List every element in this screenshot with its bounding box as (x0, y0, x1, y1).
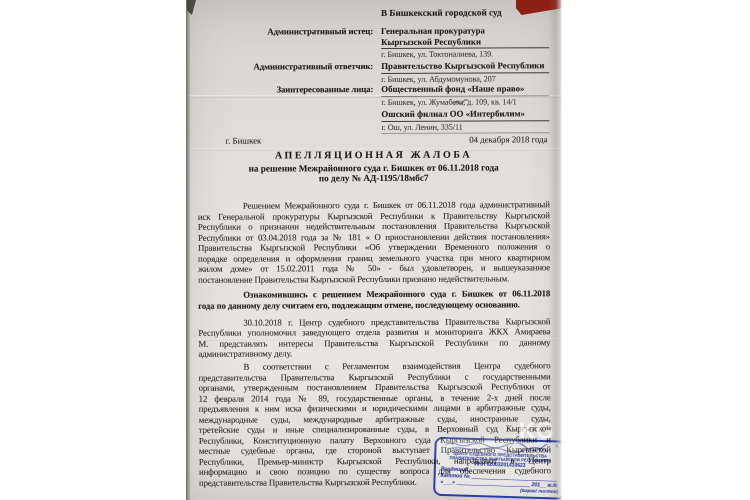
paper-crease (186, 338, 562, 341)
paragraph-line: административному делу. (198, 347, 550, 359)
party-name-line: Ошский филиал ОО «Интербилим» (381, 108, 549, 119)
paragraph-line: постановление Правительства Кыргызской Р… (198, 273, 550, 285)
paper-left-edge (186, 0, 191, 500)
party-name-line: Правительство Кыргызской Республики (381, 60, 549, 71)
document-content: В Бишкекский городской суд г. Бишкек 04 … (186, 0, 562, 500)
party-name-line: Генеральная прокуратура (381, 25, 549, 36)
party-address: г. Бишкек, ул. Токтоналиева, 139. (381, 49, 549, 60)
handwritten-correction (453, 98, 469, 108)
party-name: Генеральная прокуратураКыргызской Респуб… (381, 25, 549, 49)
party-name-line: Общественный фонд «Наше право» (381, 83, 549, 94)
court-name: В Бишкекский городской суд (381, 7, 502, 18)
place-line: г. Бишкек (225, 135, 261, 145)
party-address: г. Ош, ул. Ленин, 335/11 (381, 122, 549, 135)
date-line: 04 декабря 2018 года (469, 134, 547, 144)
paragraph: Решением Межрайонного суда г. Бишкек от … (198, 199, 550, 285)
appeal-title: АПЕЛЛЯЦИОННАЯ ЖАЛОБА (198, 149, 550, 162)
party-label: Заинтересованные лица: (186, 84, 373, 95)
party-name-line: Кыргызской Республики (381, 36, 549, 47)
paragraph: Ознакомившись с решением Межрайонного су… (198, 288, 550, 311)
watermark-glare (439, 437, 517, 451)
party-label: Административный истец: (186, 26, 373, 37)
party-label: Административный ответчик: (186, 61, 373, 72)
party-value: Правительство Кыргызской Республикиг. Би… (381, 60, 549, 84)
document-photo: В Бишкекский городской суд г. Бишкек 04 … (186, 0, 562, 500)
party-name: Ошский филиал ОО «Интербилим» (381, 108, 549, 121)
paper-crease (186, 148, 562, 151)
party-name: Правительство Кыргызской Республики (381, 60, 549, 73)
paragraph-line: года по данному делу считаем его, подлеж… (198, 299, 550, 311)
party-value: Ошский филиал ОО «Интербилим»г. Ош, ул. … (381, 108, 549, 134)
screenshot-canvas: В Бишкекский городской суд г. Бишкек 04 … (0, 0, 750, 500)
paper-right-edge (548, 0, 562, 500)
case-number-line: по делу № АД-1195/18мбс7 (198, 172, 550, 184)
paper-crease (186, 95, 562, 98)
party-value: Генеральная прокуратураКыргызской Респуб… (381, 25, 549, 60)
